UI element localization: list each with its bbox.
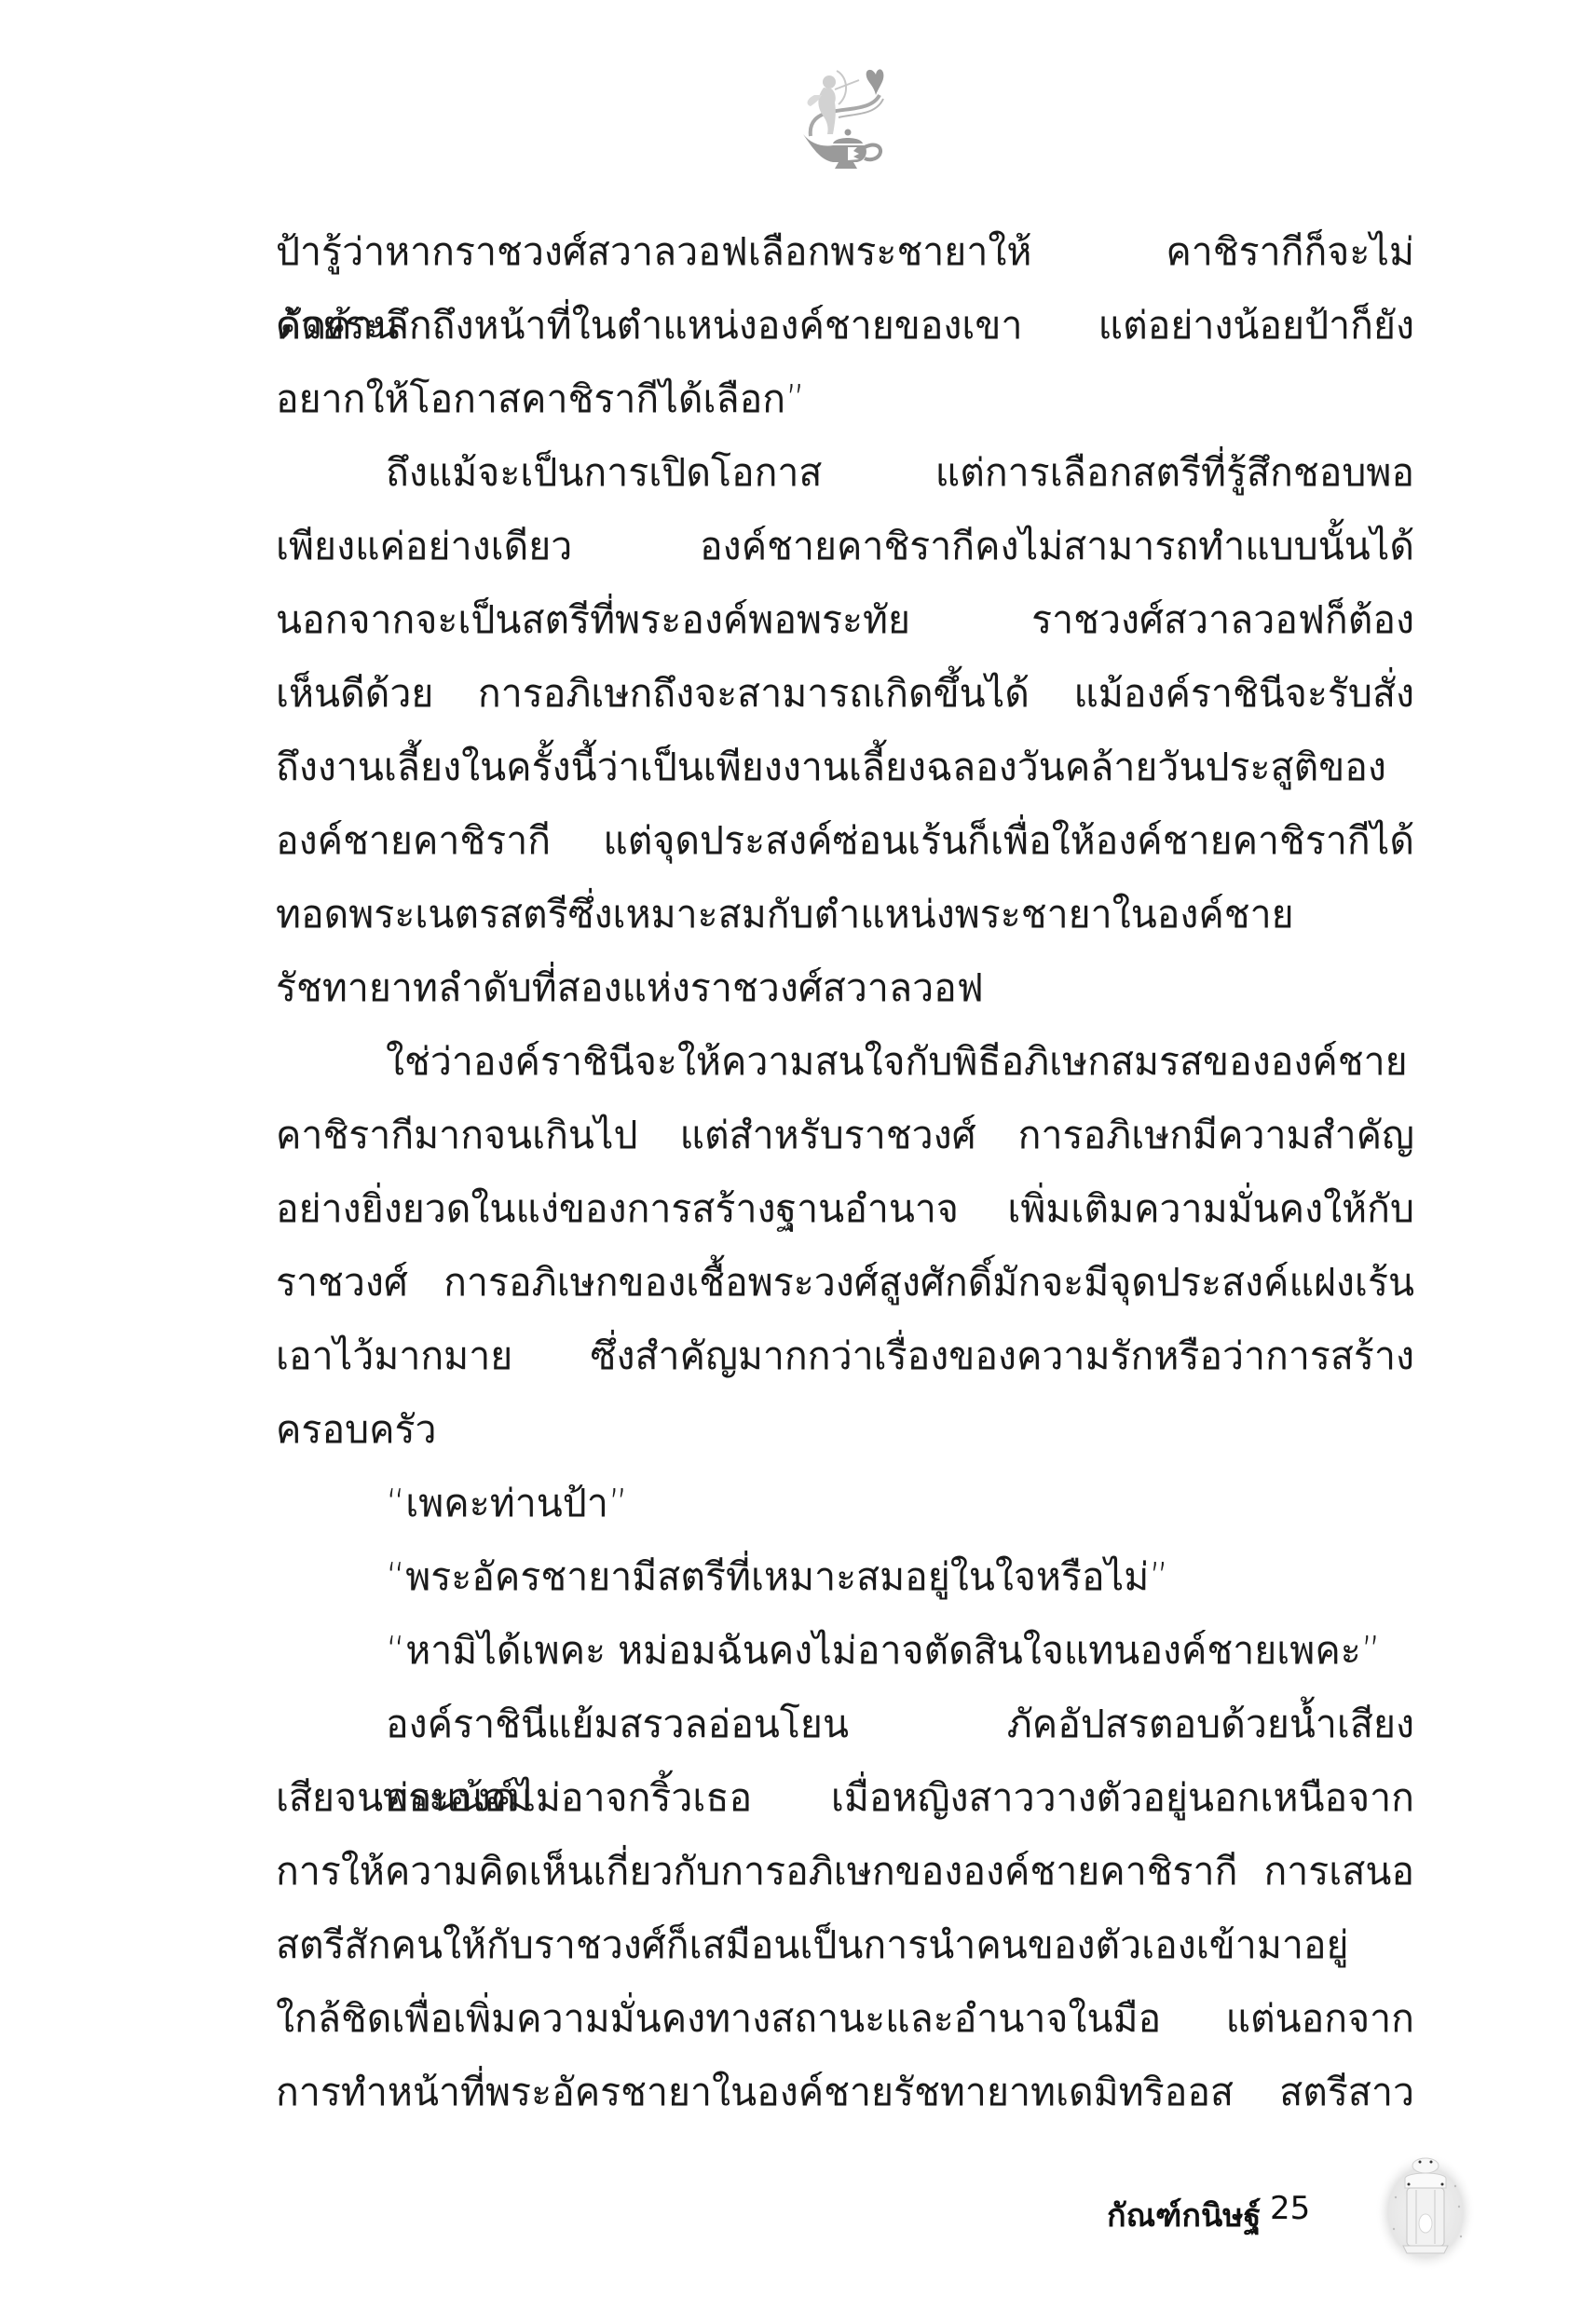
text-line: คาชิรากีมากจนเกินไป แต่สำหรับราชวงศ์ การ… xyxy=(276,1099,1414,1172)
text-line: สตรีสักคนให้กับราชวงศ์ก็เสมือนเป็นการนำค… xyxy=(276,1908,1414,1982)
paragraph-start: ถึงแม้จะเป็นการเปิดโอกาส แต่การเลือกสตรี… xyxy=(276,436,1414,510)
running-footer-title: กัณฑ์กนิษฐ์ xyxy=(1107,2190,1261,2240)
text-line: ด้วยระลึกถึงหน้าที่ในตำแหน่งองค์ชายของเข… xyxy=(276,289,1414,362)
text-line: ราชวงศ์ การอภิเษกของเชื้อพระวงศ์สูงศักดิ… xyxy=(276,1246,1414,1320)
dialogue-line: “พระอัครชายามีสตรีที่เหมาะสมอยู่ในใจหรือ… xyxy=(276,1540,1414,1614)
text-line: เสียจนพระองค์ไม่อาจกริ้วเธอ เมื่อหญิงสาว… xyxy=(276,1761,1414,1835)
paragraph-start: ใช่ว่าองค์ราชินีจะให้ความสนใจกับพิธีอภิเ… xyxy=(276,1025,1414,1099)
text-line: เห็นดีด้วย การอภิเษกถึงจะสามารถเกิดขึ้นไ… xyxy=(276,657,1414,731)
text-line: ใกล้ชิดเพื่อเพิ่มความมั่นคงทางสถานะและอำ… xyxy=(276,1982,1414,2056)
text-line: ทอดพระเนตรสตรีซึ่งเหมาะสมกับตำแหน่งพระชา… xyxy=(276,878,1414,951)
text-line: ป้ารู้ว่าหากราชวงศ์สวาลวอฟเลือกพระชายาให… xyxy=(276,215,1414,289)
dialogue-line: “หามิได้เพคะ หม่อมฉันคงไม่อาจตัดสินใจแทน… xyxy=(276,1614,1414,1688)
text-line: รัชทายาทลำดับที่สองแห่งราชวงศ์สวาลวอฟ xyxy=(276,951,1414,1025)
text-line: ถึงงานเลี้ยงในครั้งนี้ว่าเป็นเพียงงานเลี… xyxy=(276,731,1414,804)
text-line: ครอบครัว xyxy=(276,1393,1414,1467)
genie-lamp-cupid-icon xyxy=(783,58,904,170)
dialogue-line: “เพคะท่านป้า” xyxy=(276,1467,1414,1540)
text-line: การทำหน้าที่พระอัครชายาในองค์ชายรัชทายาท… xyxy=(276,2056,1414,2129)
text-line: เพียงแค่อย่างเดียว องค์ชายคาชิรากีคงไม่ส… xyxy=(276,510,1414,583)
text-line: การให้ความคิดเห็นเกี่ยวกับการอภิเษกขององ… xyxy=(276,1835,1414,1908)
text-line: อยากให้โอกาสคาชิรากีได้เลือก” xyxy=(276,362,1414,436)
text-line: องค์ชายคาชิรากี แต่จุดประสงค์ซ่อนเร้นก็เ… xyxy=(276,804,1414,878)
text-line: เอาไว้มากมาย ซึ่งสำคัญมากกว่าเรื่องของคว… xyxy=(276,1320,1414,1393)
page-number: 25 xyxy=(1270,2190,1310,2227)
text-line: นอกจากจะเป็นสตรีที่พระองค์พอพระทัย ราชวง… xyxy=(276,583,1414,657)
lantern-icon xyxy=(1340,2151,1515,2274)
text-line: อย่างยิ่งยวดในแง่ของการสร้างฐานอำนาจ เพิ… xyxy=(276,1172,1414,1246)
paragraph-start: องค์ราชินีแย้มสรวลอ่อนโยน ภัคอัปสรตอบด้ว… xyxy=(276,1688,1414,1761)
